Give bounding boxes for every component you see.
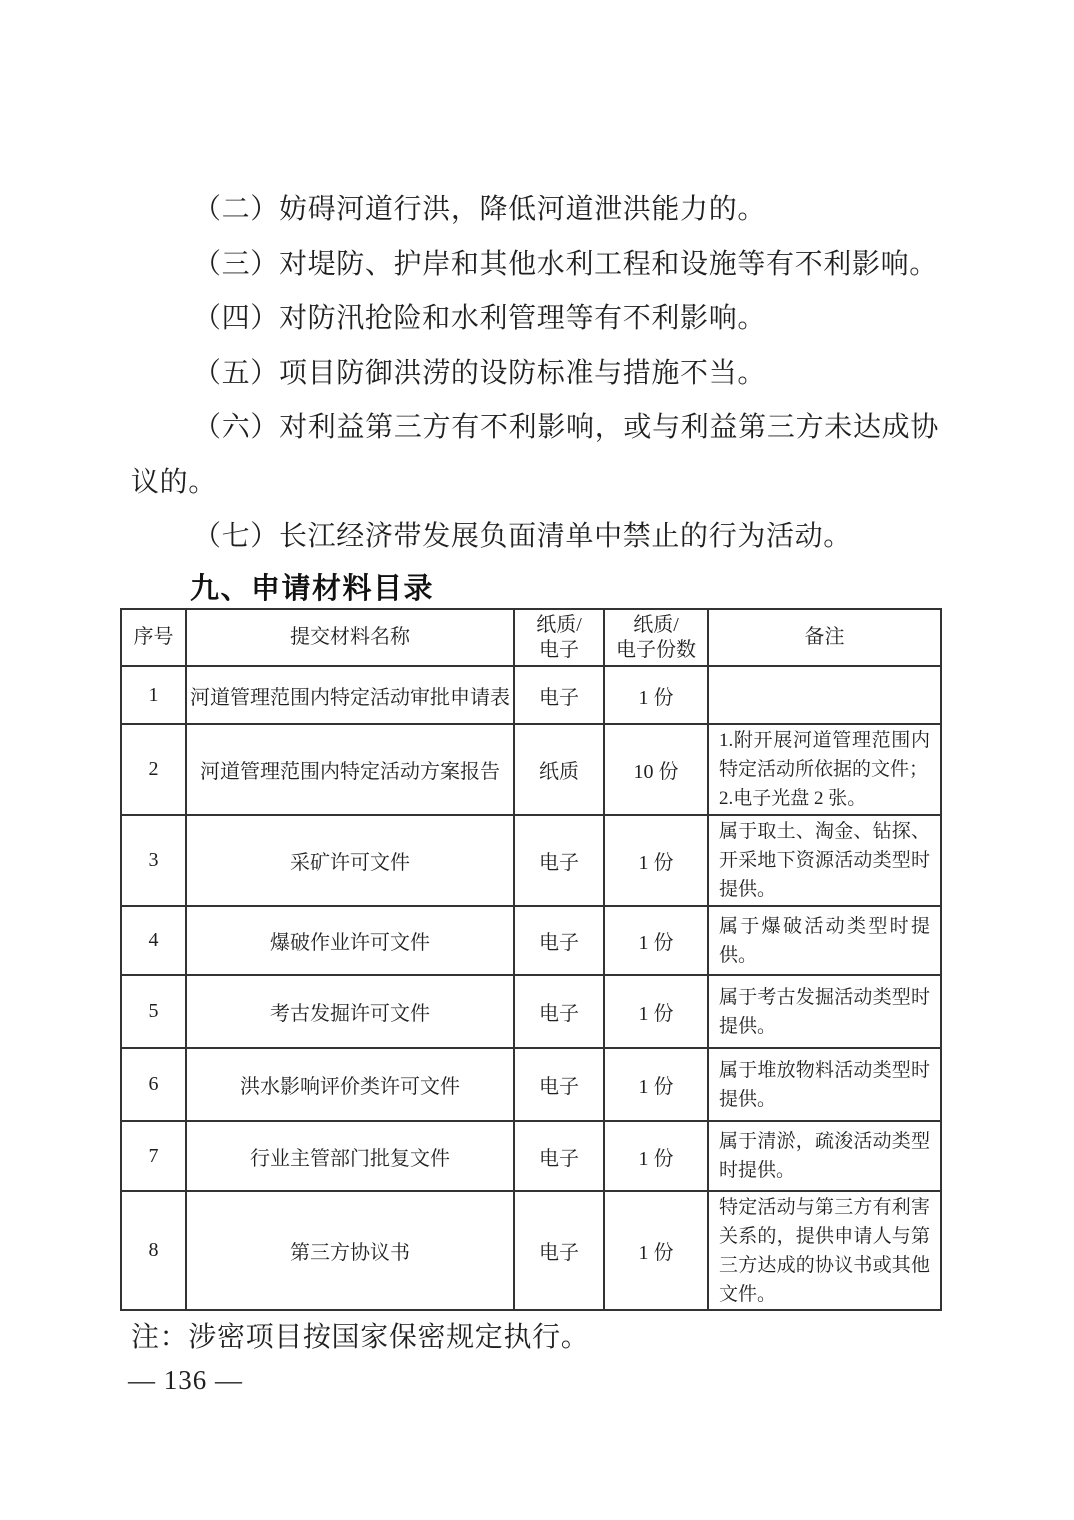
- cell-index: 6: [121, 1048, 186, 1121]
- col-header-material-name: 提交材料名称: [186, 609, 514, 666]
- table-row: 3 采矿许可文件 电子 1 份 属于取土、淘金、钻探、开采地下资源活动类型时提供…: [121, 815, 941, 906]
- body-paragraph: （四）对防汛抢险和水利管理等有不利影响。: [131, 292, 939, 347]
- cell-remark: 属于取土、淘金、钻探、开采地下资源活动类型时提供。: [708, 815, 941, 906]
- table-header-row: 序号 提交材料名称 纸质/ 电子 纸质/ 电子份数 备注: [121, 609, 941, 666]
- body-paragraph: （七）长江经济带发展负面清单中禁止的行为活动。: [131, 510, 939, 565]
- table-row: 7 行业主管部门批复文件 电子 1 份 属于清淤，疏浚活动类型时提供。: [121, 1121, 941, 1191]
- cell-index: 4: [121, 906, 186, 975]
- section-heading: 九、申请材料目录: [131, 571, 939, 607]
- cell-material-name: 考古发掘许可文件: [186, 975, 514, 1048]
- cell-copies: 1 份: [604, 975, 708, 1048]
- cell-material-name: 河道管理范围内特定活动审批申请表: [186, 666, 514, 724]
- cell-copies: 1 份: [604, 815, 708, 906]
- cell-medium: 电子: [514, 1191, 604, 1310]
- cell-remark: 属于爆破活动类型时提供。: [708, 906, 941, 975]
- table-row: 5 考古发掘许可文件 电子 1 份 属于考古发掘活动类型时提供。: [121, 975, 941, 1048]
- col-header-remark: 备注: [708, 609, 941, 666]
- cell-copies: 10 份: [604, 724, 708, 815]
- cell-material-name: 第三方协议书: [186, 1191, 514, 1310]
- cell-copies: 1 份: [604, 1191, 708, 1310]
- page-number: — 136 —: [128, 1363, 243, 1397]
- table-row: 1 河道管理范围内特定活动审批申请表 电子 1 份: [121, 666, 941, 724]
- table-row: 8 第三方协议书 电子 1 份 特定活动与第三方有利害关系的，提供申请人与第三方…: [121, 1191, 941, 1310]
- cell-medium: 电子: [514, 906, 604, 975]
- cell-material-name: 爆破作业许可文件: [186, 906, 514, 975]
- cell-medium: 电子: [514, 1121, 604, 1191]
- table-row: 4 爆破作业许可文件 电子 1 份 属于爆破活动类型时提供。: [121, 906, 941, 975]
- cell-index: 1: [121, 666, 186, 724]
- cell-remark: 1.附开展河道管理范围内特定活动所依据的文件； 2.电子光盘 2 张。: [708, 724, 941, 815]
- cell-medium: 电子: [514, 815, 604, 906]
- cell-material-name: 河道管理范围内特定活动方案报告: [186, 724, 514, 815]
- application-materials-table: 序号 提交材料名称 纸质/ 电子 纸质/ 电子份数 备注 1 河道管理范围内特定…: [120, 608, 942, 1311]
- cell-copies: 1 份: [604, 906, 708, 975]
- cell-material-name: 采矿许可文件: [186, 815, 514, 906]
- cell-medium: 电子: [514, 666, 604, 724]
- cell-remark: 属于堆放物料活动类型时提供。: [708, 1048, 941, 1121]
- cell-index: 8: [121, 1191, 186, 1310]
- cell-material-name: 洪水影响评价类许可文件: [186, 1048, 514, 1121]
- body-paragraph: （五）项目防御洪涝的设防标准与措施不当。: [131, 347, 939, 402]
- cell-remark: 属于清淤，疏浚活动类型时提供。: [708, 1121, 941, 1191]
- cell-index: 2: [121, 724, 186, 815]
- table-row: 6 洪水影响评价类许可文件 电子 1 份 属于堆放物料活动类型时提供。: [121, 1048, 941, 1121]
- cell-copies: 1 份: [604, 666, 708, 724]
- cell-index: 5: [121, 975, 186, 1048]
- cell-copies: 1 份: [604, 1121, 708, 1191]
- document-page: （二）妨碍河道行洪，降低河道泄洪能力的。 （三）对堤防、护岸和其他水利工程和设施…: [0, 0, 1074, 1520]
- body-paragraph: （三）对堤防、护岸和其他水利工程和设施等有不利影响。: [131, 238, 939, 293]
- table-row: 2 河道管理范围内特定活动方案报告 纸质 10 份 1.附开展河道管理范围内特定…: [121, 724, 941, 815]
- cell-medium: 电子: [514, 1048, 604, 1121]
- body-paragraph: （六）对利益第三方有不利影响，或与利益第三方未达成协议的。: [131, 401, 939, 510]
- cell-copies: 1 份: [604, 1048, 708, 1121]
- cell-index: 7: [121, 1121, 186, 1191]
- footnote: 注：涉密项目按国家保密规定执行。: [131, 1320, 589, 1356]
- col-header-index: 序号: [121, 609, 186, 666]
- col-header-medium: 纸质/ 电子: [514, 609, 604, 666]
- cell-medium: 纸质: [514, 724, 604, 815]
- cell-remark: 属于考古发掘活动类型时提供。: [708, 975, 941, 1048]
- col-header-copies: 纸质/ 电子份数: [604, 609, 708, 666]
- cell-material-name: 行业主管部门批复文件: [186, 1121, 514, 1191]
- cell-remark: [708, 666, 941, 724]
- cell-index: 3: [121, 815, 186, 906]
- cell-remark: 特定活动与第三方有利害关系的，提供申请人与第三方达成的协议书或其他文件。: [708, 1191, 941, 1310]
- body-text-block: （二）妨碍河道行洪，降低河道泄洪能力的。 （三）对堤防、护岸和其他水利工程和设施…: [131, 183, 939, 607]
- body-paragraph: （二）妨碍河道行洪，降低河道泄洪能力的。: [131, 183, 939, 238]
- cell-medium: 电子: [514, 975, 604, 1048]
